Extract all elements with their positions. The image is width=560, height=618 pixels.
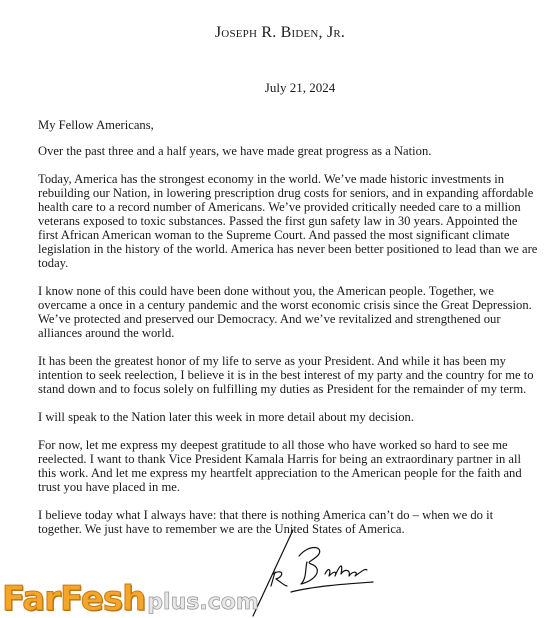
paragraph: Today, America has the strongest economy… [38,172,538,270]
paragraph: I know none of this could have been done… [38,284,538,340]
signature-image [245,528,385,618]
watermark-main-text: FarFesh [2,580,145,618]
salutation: My Fellow Americans, [38,118,538,132]
watermark-logo: FarFesh plus.com [2,578,259,618]
paragraph: Over the past three and a half years, we… [38,144,538,158]
letter-body: My Fellow Americans, Over the past three… [38,118,538,550]
paragraph: For now, let me express my deepest grati… [38,438,538,494]
paragraph: It has been the greatest honor of my lif… [38,354,538,396]
paragraph: I will speak to the Nation later this we… [38,410,538,424]
letterhead: Joseph R. Biden, Jr. [0,24,560,42]
watermark-domain-text: plus.com [147,588,258,618]
letter-date: July 21, 2024 [0,80,560,96]
